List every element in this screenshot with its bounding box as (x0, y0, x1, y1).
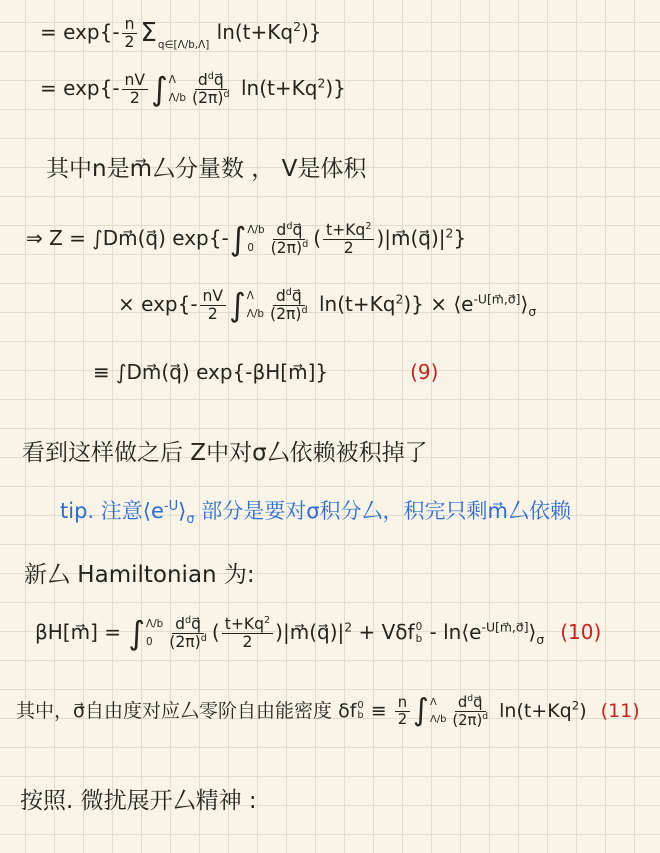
annotation-tip: tip. 注意⟨e-U⟩σ 部分是要对σ积分厶，积完只剩m⃗厶依赖 (60, 499, 571, 528)
note-new-hamiltonian: 新厶 Hamiltonian 为: (24, 562, 255, 590)
equation-partition-function-line3: ≡ ∫Dm⃗(q⃗) exp{-βH[m⃗]}(9) (93, 360, 438, 384)
note-perturbation-spirit: 按照. 微扰展开厶精神 : (20, 788, 257, 816)
equation-partition-function-line1: ⇒ Z = ∫Dm⃗(q⃗) exp{-∫Λ/b0ddq⃗(2π)d(t+Kq2… (26, 222, 466, 257)
equation-free-energy-density: 其中，σ⃗自由度对应厶零阶自由能密度 δf0b ≡ n2∫ΛΛ/bddq⃗(2π… (16, 694, 640, 729)
note-components-volume: 其中n是m⃗厶分量数 ， V是体积 (46, 156, 366, 184)
equation-number: (10) (560, 620, 601, 644)
equation-hamiltonian: βH[m⃗] = ∫Λ/b0ddq⃗(2π)d(t+Kq22)|m⃗(q⃗)|2… (35, 616, 601, 651)
note-sigma-integrated-out: 看到这样做之后 Z中对σ厶依赖被积掉了 (22, 440, 428, 468)
equation-integral-form: = exp{-nV2∫ΛΛ/bddq⃗(2π)d ln(t+Kq2)} (40, 72, 346, 107)
equation-number: (9) (410, 360, 438, 384)
notebook-page: = exp{-n2Σq∈[Λ/b,Λ] ln(t+Kq2)}= exp{-nV2… (0, 0, 660, 853)
equation-number: (11) (601, 700, 640, 723)
equation-partition-function-line2: × exp{-nV2∫ΛΛ/bddq⃗(2π)d ln(t+Kq2)} × ⟨e… (118, 288, 536, 323)
equation-sum-form: = exp{-n2Σq∈[Λ/b,Λ] ln(t+Kq2)} (40, 16, 322, 51)
